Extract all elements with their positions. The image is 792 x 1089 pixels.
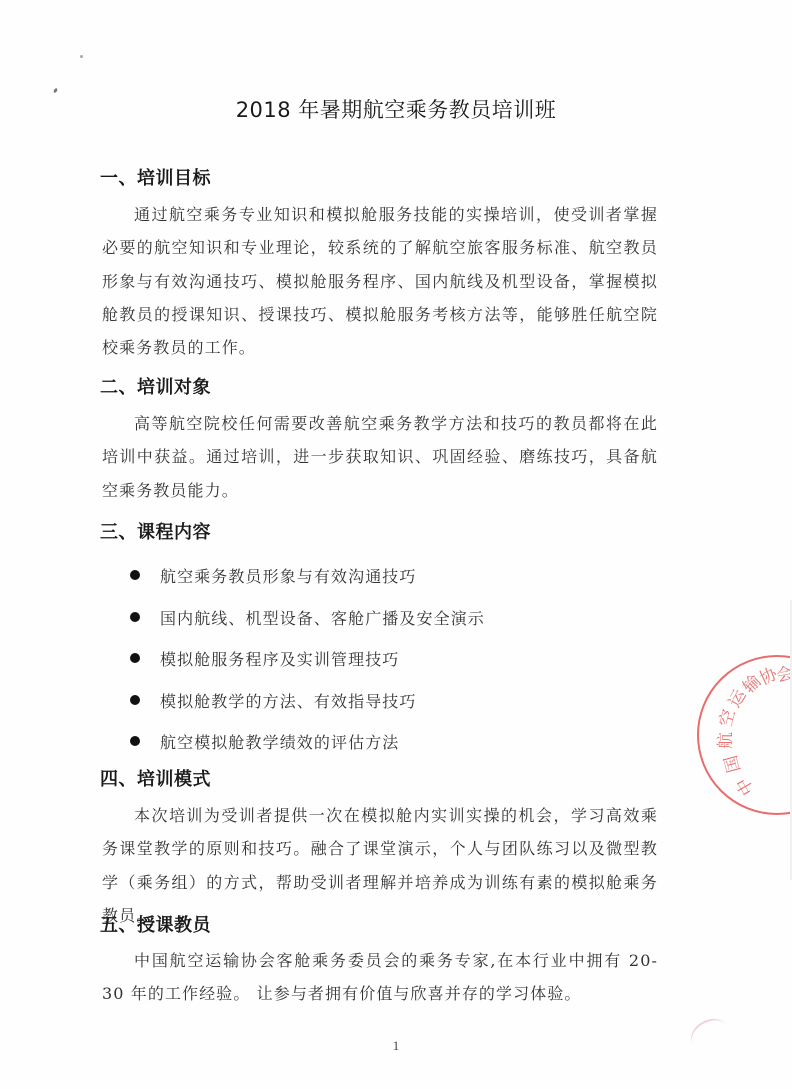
list-item-text: 模拟舱服务程序及实训管理技巧 bbox=[160, 647, 399, 670]
page-number: 1 bbox=[0, 1038, 792, 1054]
bullet-icon bbox=[130, 653, 140, 663]
document-page: 2018 年暑期航空乘务教员培训班 一、培训目标 通过航空乘务专业知识和模拟舱服… bbox=[0, 0, 792, 1089]
list-item-text: 航空模拟舱教学绩效的评估方法 bbox=[160, 730, 399, 753]
list-item: 模拟舱教学的方法、有效指导技巧 bbox=[130, 689, 485, 731]
curriculum-list: 航空乘务教员形象与有效沟通技巧 国内航线、机型设备、客舱广播及安全演示 模拟舱服… bbox=[130, 564, 485, 772]
list-item-text: 航空乘务教员形象与有效沟通技巧 bbox=[160, 564, 417, 587]
section-heading-audience: 二、培训对象 bbox=[100, 373, 211, 399]
section-heading-format: 四、培训模式 bbox=[100, 765, 211, 791]
list-item: 模拟舱服务程序及实训管理技巧 bbox=[130, 647, 485, 689]
list-item-text: 国内航线、机型设备、客舱广播及安全演示 bbox=[160, 606, 485, 629]
section-heading-instructors: 五、授课教员 bbox=[100, 911, 211, 937]
section-paragraph-instructors: 中国航空运输协会客舱乘务委员会的乘务专家,在本行业中拥有 20-30 年的工作经… bbox=[102, 944, 658, 1011]
bullet-icon bbox=[130, 736, 140, 746]
bullet-icon bbox=[130, 612, 140, 622]
section-paragraph-goals: 通过航空乘务专业知识和模拟舱服务技能的实操培训，使受训者掌握必要的航空知识和专业… bbox=[102, 198, 658, 364]
seal-char: 航 bbox=[711, 732, 736, 749]
bullet-icon bbox=[130, 570, 140, 580]
document-title: 2018 年暑期航空乘务教员培训班 bbox=[0, 94, 792, 124]
scan-speck bbox=[80, 55, 83, 58]
bullet-icon bbox=[130, 695, 140, 705]
list-item: 航空乘务教员形象与有效沟通技巧 bbox=[130, 564, 485, 606]
section-heading-curriculum: 三、课程内容 bbox=[100, 518, 211, 544]
section-heading-goals: 一、培训目标 bbox=[100, 164, 211, 190]
section-paragraph-audience: 高等航空院校任何需要改善航空乘务教学方法和技巧的教员都将在此培训中获益。通过培训… bbox=[102, 407, 658, 507]
scan-speck bbox=[53, 88, 58, 94]
list-item-text: 模拟舱教学的方法、有效指导技巧 bbox=[160, 689, 417, 712]
list-item: 国内航线、机型设备、客舱广播及安全演示 bbox=[130, 606, 485, 648]
